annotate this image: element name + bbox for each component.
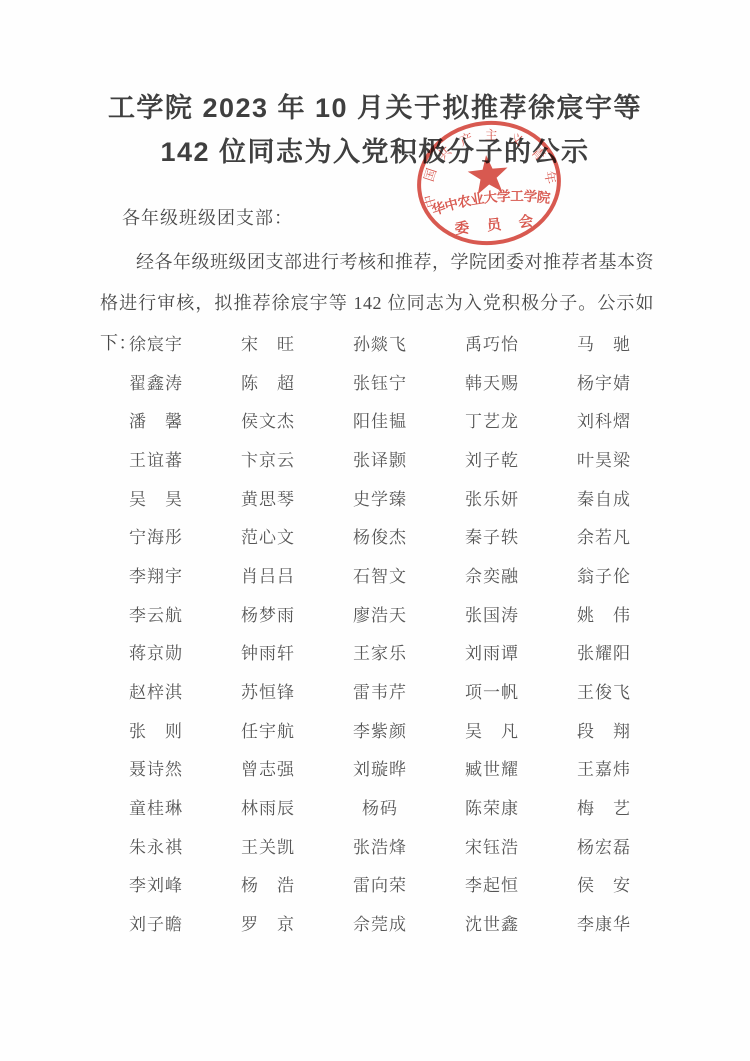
name-cell: 王家乐 bbox=[324, 633, 436, 672]
name-cell: 杨宏磊 bbox=[548, 826, 660, 865]
name-cell: 范心文 bbox=[212, 516, 324, 555]
name-cell: 苏恒锋 bbox=[212, 671, 324, 710]
name-cell: 侯 安 bbox=[548, 865, 660, 904]
names-grid: 徐宸宇宋 旺孙燚飞禹巧怡马 驰翟鑫涛陈 超张钰宁韩天赐杨宇婧潘 馨侯文杰阳佳韫丁… bbox=[100, 323, 660, 942]
name-cell: 张浩烽 bbox=[324, 826, 436, 865]
name-cell: 童桂琳 bbox=[100, 787, 212, 826]
name-cell: 杨宇婧 bbox=[548, 362, 660, 401]
name-cell: 石智文 bbox=[324, 555, 436, 594]
name-cell: 吴 凡 bbox=[436, 710, 548, 749]
seal-org-text: 华中农业大学工学院 bbox=[429, 183, 554, 219]
name-cell: 刘子瞻 bbox=[100, 903, 212, 942]
name-cell: 李云航 bbox=[100, 594, 212, 633]
name-cell: 段 翔 bbox=[548, 710, 660, 749]
name-cell: 张译颢 bbox=[324, 439, 436, 478]
name-cell: 赵梓淇 bbox=[100, 671, 212, 710]
name-cell: 聂诗然 bbox=[100, 749, 212, 788]
name-cell: 曾志强 bbox=[212, 749, 324, 788]
name-cell: 陈荣康 bbox=[436, 787, 548, 826]
scanned-document-page: 工学院 2023 年 10 月关于拟推荐徐宸宇等 142 位同志为入党积极分子的… bbox=[0, 0, 750, 1061]
name-cell: 雷韦芹 bbox=[324, 671, 436, 710]
name-cell: 宋钰浩 bbox=[436, 826, 548, 865]
name-cell: 李刘峰 bbox=[100, 865, 212, 904]
name-cell: 翟鑫涛 bbox=[100, 362, 212, 401]
name-cell: 佘莞成 bbox=[324, 903, 436, 942]
name-cell: 禹巧怡 bbox=[436, 323, 548, 362]
name-cell: 刘雨谭 bbox=[436, 633, 548, 672]
name-cell: 韩天赐 bbox=[436, 362, 548, 401]
document-title: 工学院 2023 年 10 月关于拟推荐徐宸宇等 142 位同志为入党积极分子的… bbox=[0, 86, 750, 174]
name-cell: 陈 超 bbox=[212, 362, 324, 401]
name-cell: 杨梦雨 bbox=[212, 594, 324, 633]
name-cell: 翁子伦 bbox=[548, 555, 660, 594]
name-cell: 李康华 bbox=[548, 903, 660, 942]
name-cell: 杨码 bbox=[324, 787, 436, 826]
name-cell: 丁艺龙 bbox=[436, 400, 548, 439]
name-cell: 杨 浩 bbox=[212, 865, 324, 904]
name-cell: 林雨辰 bbox=[212, 787, 324, 826]
name-cell: 张耀阳 bbox=[548, 633, 660, 672]
salutation: 各年级班级团支部： bbox=[122, 204, 293, 230]
name-cell: 肖吕吕 bbox=[212, 555, 324, 594]
name-cell: 张钰宁 bbox=[324, 362, 436, 401]
name-cell: 徐宸宇 bbox=[100, 323, 212, 362]
name-cell: 马 驰 bbox=[548, 323, 660, 362]
name-cell: 李起恒 bbox=[436, 865, 548, 904]
name-cell: 臧世耀 bbox=[436, 749, 548, 788]
name-cell: 王关凯 bbox=[212, 826, 324, 865]
name-cell: 阳佳韫 bbox=[324, 400, 436, 439]
name-cell: 卞京云 bbox=[212, 439, 324, 478]
name-cell: 朱永祺 bbox=[100, 826, 212, 865]
name-cell: 佘奕融 bbox=[436, 555, 548, 594]
name-cell: 侯文杰 bbox=[212, 400, 324, 439]
name-cell: 任宇航 bbox=[212, 710, 324, 749]
name-cell: 张乐妍 bbox=[436, 478, 548, 517]
name-cell: 项一帆 bbox=[436, 671, 548, 710]
name-cell: 史学臻 bbox=[324, 478, 436, 517]
name-cell: 罗 京 bbox=[212, 903, 324, 942]
name-cell: 吴 昊 bbox=[100, 478, 212, 517]
name-cell: 叶昊梁 bbox=[548, 439, 660, 478]
name-cell: 刘科熠 bbox=[548, 400, 660, 439]
name-cell: 余若凡 bbox=[548, 516, 660, 555]
name-cell: 蒋京勋 bbox=[100, 633, 212, 672]
name-cell: 王谊蕃 bbox=[100, 439, 212, 478]
seal-committee-text: 委 员 会 bbox=[454, 211, 541, 238]
name-cell: 秦自成 bbox=[548, 478, 660, 517]
name-cell: 杨俊杰 bbox=[324, 516, 436, 555]
document-title-line1: 工学院 2023 年 10 月关于拟推荐徐宸宇等 bbox=[0, 86, 750, 130]
name-cell: 雷向荣 bbox=[324, 865, 436, 904]
name-cell: 孙燚飞 bbox=[324, 323, 436, 362]
name-cell: 廖浩天 bbox=[324, 594, 436, 633]
document-title-line2: 142 位同志为入党积极分子的公示 bbox=[0, 130, 750, 174]
name-cell: 钟雨轩 bbox=[212, 633, 324, 672]
name-cell: 潘 馨 bbox=[100, 400, 212, 439]
name-cell: 宋 旺 bbox=[212, 323, 324, 362]
name-cell: 宁海彤 bbox=[100, 516, 212, 555]
name-cell: 姚 伟 bbox=[548, 594, 660, 633]
name-cell: 梅 艺 bbox=[548, 787, 660, 826]
name-cell: 刘璇晔 bbox=[324, 749, 436, 788]
name-cell: 李翔宇 bbox=[100, 555, 212, 594]
name-cell: 王嘉炜 bbox=[548, 749, 660, 788]
name-cell: 张 则 bbox=[100, 710, 212, 749]
name-cell: 沈世鑫 bbox=[436, 903, 548, 942]
name-cell: 秦子轶 bbox=[436, 516, 548, 555]
name-cell: 李紫颜 bbox=[324, 710, 436, 749]
name-cell: 刘子乾 bbox=[436, 439, 548, 478]
name-cell: 王俊飞 bbox=[548, 671, 660, 710]
name-cell: 黄思琴 bbox=[212, 478, 324, 517]
name-cell: 张国涛 bbox=[436, 594, 548, 633]
